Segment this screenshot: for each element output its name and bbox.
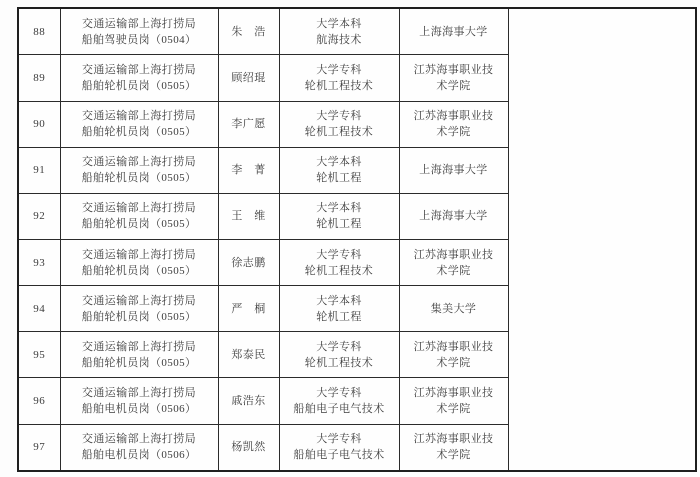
name-cell: 朱 浩 xyxy=(218,8,279,55)
position-line: 船舶轮机员岗（0505） xyxy=(63,355,216,371)
education-line: 大学本科 xyxy=(282,293,397,309)
position-line: 船舶轮机员岗（0505） xyxy=(63,216,216,232)
education-line: 轮机工程 xyxy=(282,170,397,186)
position-line: 交通运输部上海打捞局 xyxy=(63,247,216,263)
position-line: 船舶轮机员岗（0505） xyxy=(63,78,216,94)
name-cell: 郑泰民 xyxy=(218,332,279,378)
school-line: 术学院 xyxy=(402,401,506,417)
position-cell: 交通运输部上海打捞局船舶电机员岗（0506） xyxy=(60,424,218,471)
row-number: 94 xyxy=(18,286,60,332)
scanned-document-page: 88 交通运输部上海打捞局船舶驾驶员岗（0504） 朱 浩 大学本科航海技术 上… xyxy=(0,0,700,477)
school-cell: 江苏海事职业技术学院 xyxy=(399,101,508,147)
school-line: 江苏海事职业技 xyxy=(402,108,506,124)
empty-column-cell xyxy=(508,8,696,471)
school-line: 术学院 xyxy=(402,263,506,279)
education-line: 大学本科 xyxy=(282,154,397,170)
row-number: 89 xyxy=(18,55,60,101)
row-number: 90 xyxy=(18,101,60,147)
position-line: 交通运输部上海打捞局 xyxy=(63,431,216,447)
name-cell: 李广愿 xyxy=(218,101,279,147)
position-line: 船舶轮机员岗（0505） xyxy=(63,263,216,279)
position-line: 船舶轮机员岗（0505） xyxy=(63,124,216,140)
school-cell: 上海海事大学 xyxy=(399,8,508,55)
position-line: 交通运输部上海打捞局 xyxy=(63,339,216,355)
education-line: 船舶电子电气技术 xyxy=(282,401,397,417)
name-cell: 徐志鹏 xyxy=(218,239,279,285)
name-cell: 严 桐 xyxy=(218,286,279,332)
education-cell: 大学专科轮机工程技术 xyxy=(279,332,399,378)
position-cell: 交通运输部上海打捞局船舶驾驶员岗（0504） xyxy=(60,8,218,55)
position-cell: 交通运输部上海打捞局船舶轮机员岗（0505） xyxy=(60,55,218,101)
education-cell: 大学专科轮机工程技术 xyxy=(279,101,399,147)
position-cell: 交通运输部上海打捞局船舶轮机员岗（0505） xyxy=(60,193,218,239)
education-cell: 大学专科船舶电子电气技术 xyxy=(279,378,399,424)
position-line: 交通运输部上海打捞局 xyxy=(63,385,216,401)
school-line: 术学院 xyxy=(402,78,506,94)
education-line: 大学专科 xyxy=(282,108,397,124)
education-cell: 大学本科轮机工程 xyxy=(279,286,399,332)
position-cell: 交通运输部上海打捞局船舶轮机员岗（0505） xyxy=(60,147,218,193)
school-cell: 上海海事大学 xyxy=(399,193,508,239)
education-cell: 大学专科船舶电子电气技术 xyxy=(279,424,399,471)
education-cell: 大学本科轮机工程 xyxy=(279,147,399,193)
name-cell: 杨凯然 xyxy=(218,424,279,471)
school-cell: 上海海事大学 xyxy=(399,147,508,193)
school-line: 江苏海事职业技 xyxy=(402,247,506,263)
position-line: 船舶电机员岗（0506） xyxy=(63,401,216,417)
education-line: 大学本科 xyxy=(282,16,397,32)
school-cell: 江苏海事职业技术学院 xyxy=(399,424,508,471)
education-line: 轮机工程 xyxy=(282,309,397,325)
position-cell: 交通运输部上海打捞局船舶轮机员岗（0505） xyxy=(60,332,218,378)
school-line: 江苏海事职业技 xyxy=(402,339,506,355)
school-line: 上海海事大学 xyxy=(402,208,506,224)
school-cell: 集美大学 xyxy=(399,286,508,332)
education-line: 船舶电子电气技术 xyxy=(282,447,397,463)
education-cell: 大学本科航海技术 xyxy=(279,8,399,55)
row-number: 92 xyxy=(18,193,60,239)
school-line: 上海海事大学 xyxy=(402,162,506,178)
position-line: 船舶电机员岗（0506） xyxy=(63,447,216,463)
school-line: 上海海事大学 xyxy=(402,24,506,40)
table-row: 88 交通运输部上海打捞局船舶驾驶员岗（0504） 朱 浩 大学本科航海技术 上… xyxy=(18,8,696,55)
position-line: 交通运输部上海打捞局 xyxy=(63,62,216,78)
position-cell: 交通运输部上海打捞局船舶电机员岗（0506） xyxy=(60,378,218,424)
education-line: 大学专科 xyxy=(282,431,397,447)
position-line: 船舶轮机员岗（0505） xyxy=(63,170,216,186)
education-line: 大学专科 xyxy=(282,247,397,263)
education-cell: 大学本科轮机工程 xyxy=(279,193,399,239)
row-number: 96 xyxy=(18,378,60,424)
education-line: 轮机工程技术 xyxy=(282,124,397,140)
education-line: 轮机工程技术 xyxy=(282,78,397,94)
name-cell: 王 维 xyxy=(218,193,279,239)
education-line: 轮机工程技术 xyxy=(282,355,397,371)
school-line: 术学院 xyxy=(402,124,506,140)
applicant-roster-table: 88 交通运输部上海打捞局船舶驾驶员岗（0504） 朱 浩 大学本科航海技术 上… xyxy=(17,7,697,472)
education-line: 大学专科 xyxy=(282,62,397,78)
position-line: 交通运输部上海打捞局 xyxy=(63,108,216,124)
education-cell: 大学专科轮机工程技术 xyxy=(279,239,399,285)
school-line: 术学院 xyxy=(402,447,506,463)
education-line: 航海技术 xyxy=(282,32,397,48)
row-number: 91 xyxy=(18,147,60,193)
row-number: 95 xyxy=(18,332,60,378)
school-cell: 江苏海事职业技术学院 xyxy=(399,239,508,285)
education-line: 大学本科 xyxy=(282,200,397,216)
position-line: 船舶轮机员岗（0505） xyxy=(63,309,216,325)
education-cell: 大学专科轮机工程技术 xyxy=(279,55,399,101)
name-cell: 戚浩东 xyxy=(218,378,279,424)
position-line: 交通运输部上海打捞局 xyxy=(63,154,216,170)
position-cell: 交通运输部上海打捞局船舶轮机员岗（0505） xyxy=(60,286,218,332)
school-cell: 江苏海事职业技术学院 xyxy=(399,378,508,424)
education-line: 大学专科 xyxy=(282,385,397,401)
row-number: 97 xyxy=(18,424,60,471)
school-line: 江苏海事职业技 xyxy=(402,431,506,447)
position-cell: 交通运输部上海打捞局船舶轮机员岗（0505） xyxy=(60,239,218,285)
position-line: 交通运输部上海打捞局 xyxy=(63,16,216,32)
row-number: 88 xyxy=(18,8,60,55)
position-line: 船舶驾驶员岗（0504） xyxy=(63,32,216,48)
name-cell: 顾绍琨 xyxy=(218,55,279,101)
education-line: 轮机工程技术 xyxy=(282,263,397,279)
position-line: 交通运输部上海打捞局 xyxy=(63,200,216,216)
school-line: 集美大学 xyxy=(402,301,506,317)
school-line: 江苏海事职业技 xyxy=(402,385,506,401)
school-line: 术学院 xyxy=(402,355,506,371)
education-line: 轮机工程 xyxy=(282,216,397,232)
school-line: 江苏海事职业技 xyxy=(402,62,506,78)
position-cell: 交通运输部上海打捞局船舶轮机员岗（0505） xyxy=(60,101,218,147)
school-cell: 江苏海事职业技术学院 xyxy=(399,332,508,378)
name-cell: 李 菁 xyxy=(218,147,279,193)
education-line: 大学专科 xyxy=(282,339,397,355)
school-cell: 江苏海事职业技术学院 xyxy=(399,55,508,101)
position-line: 交通运输部上海打捞局 xyxy=(63,293,216,309)
row-number: 93 xyxy=(18,239,60,285)
